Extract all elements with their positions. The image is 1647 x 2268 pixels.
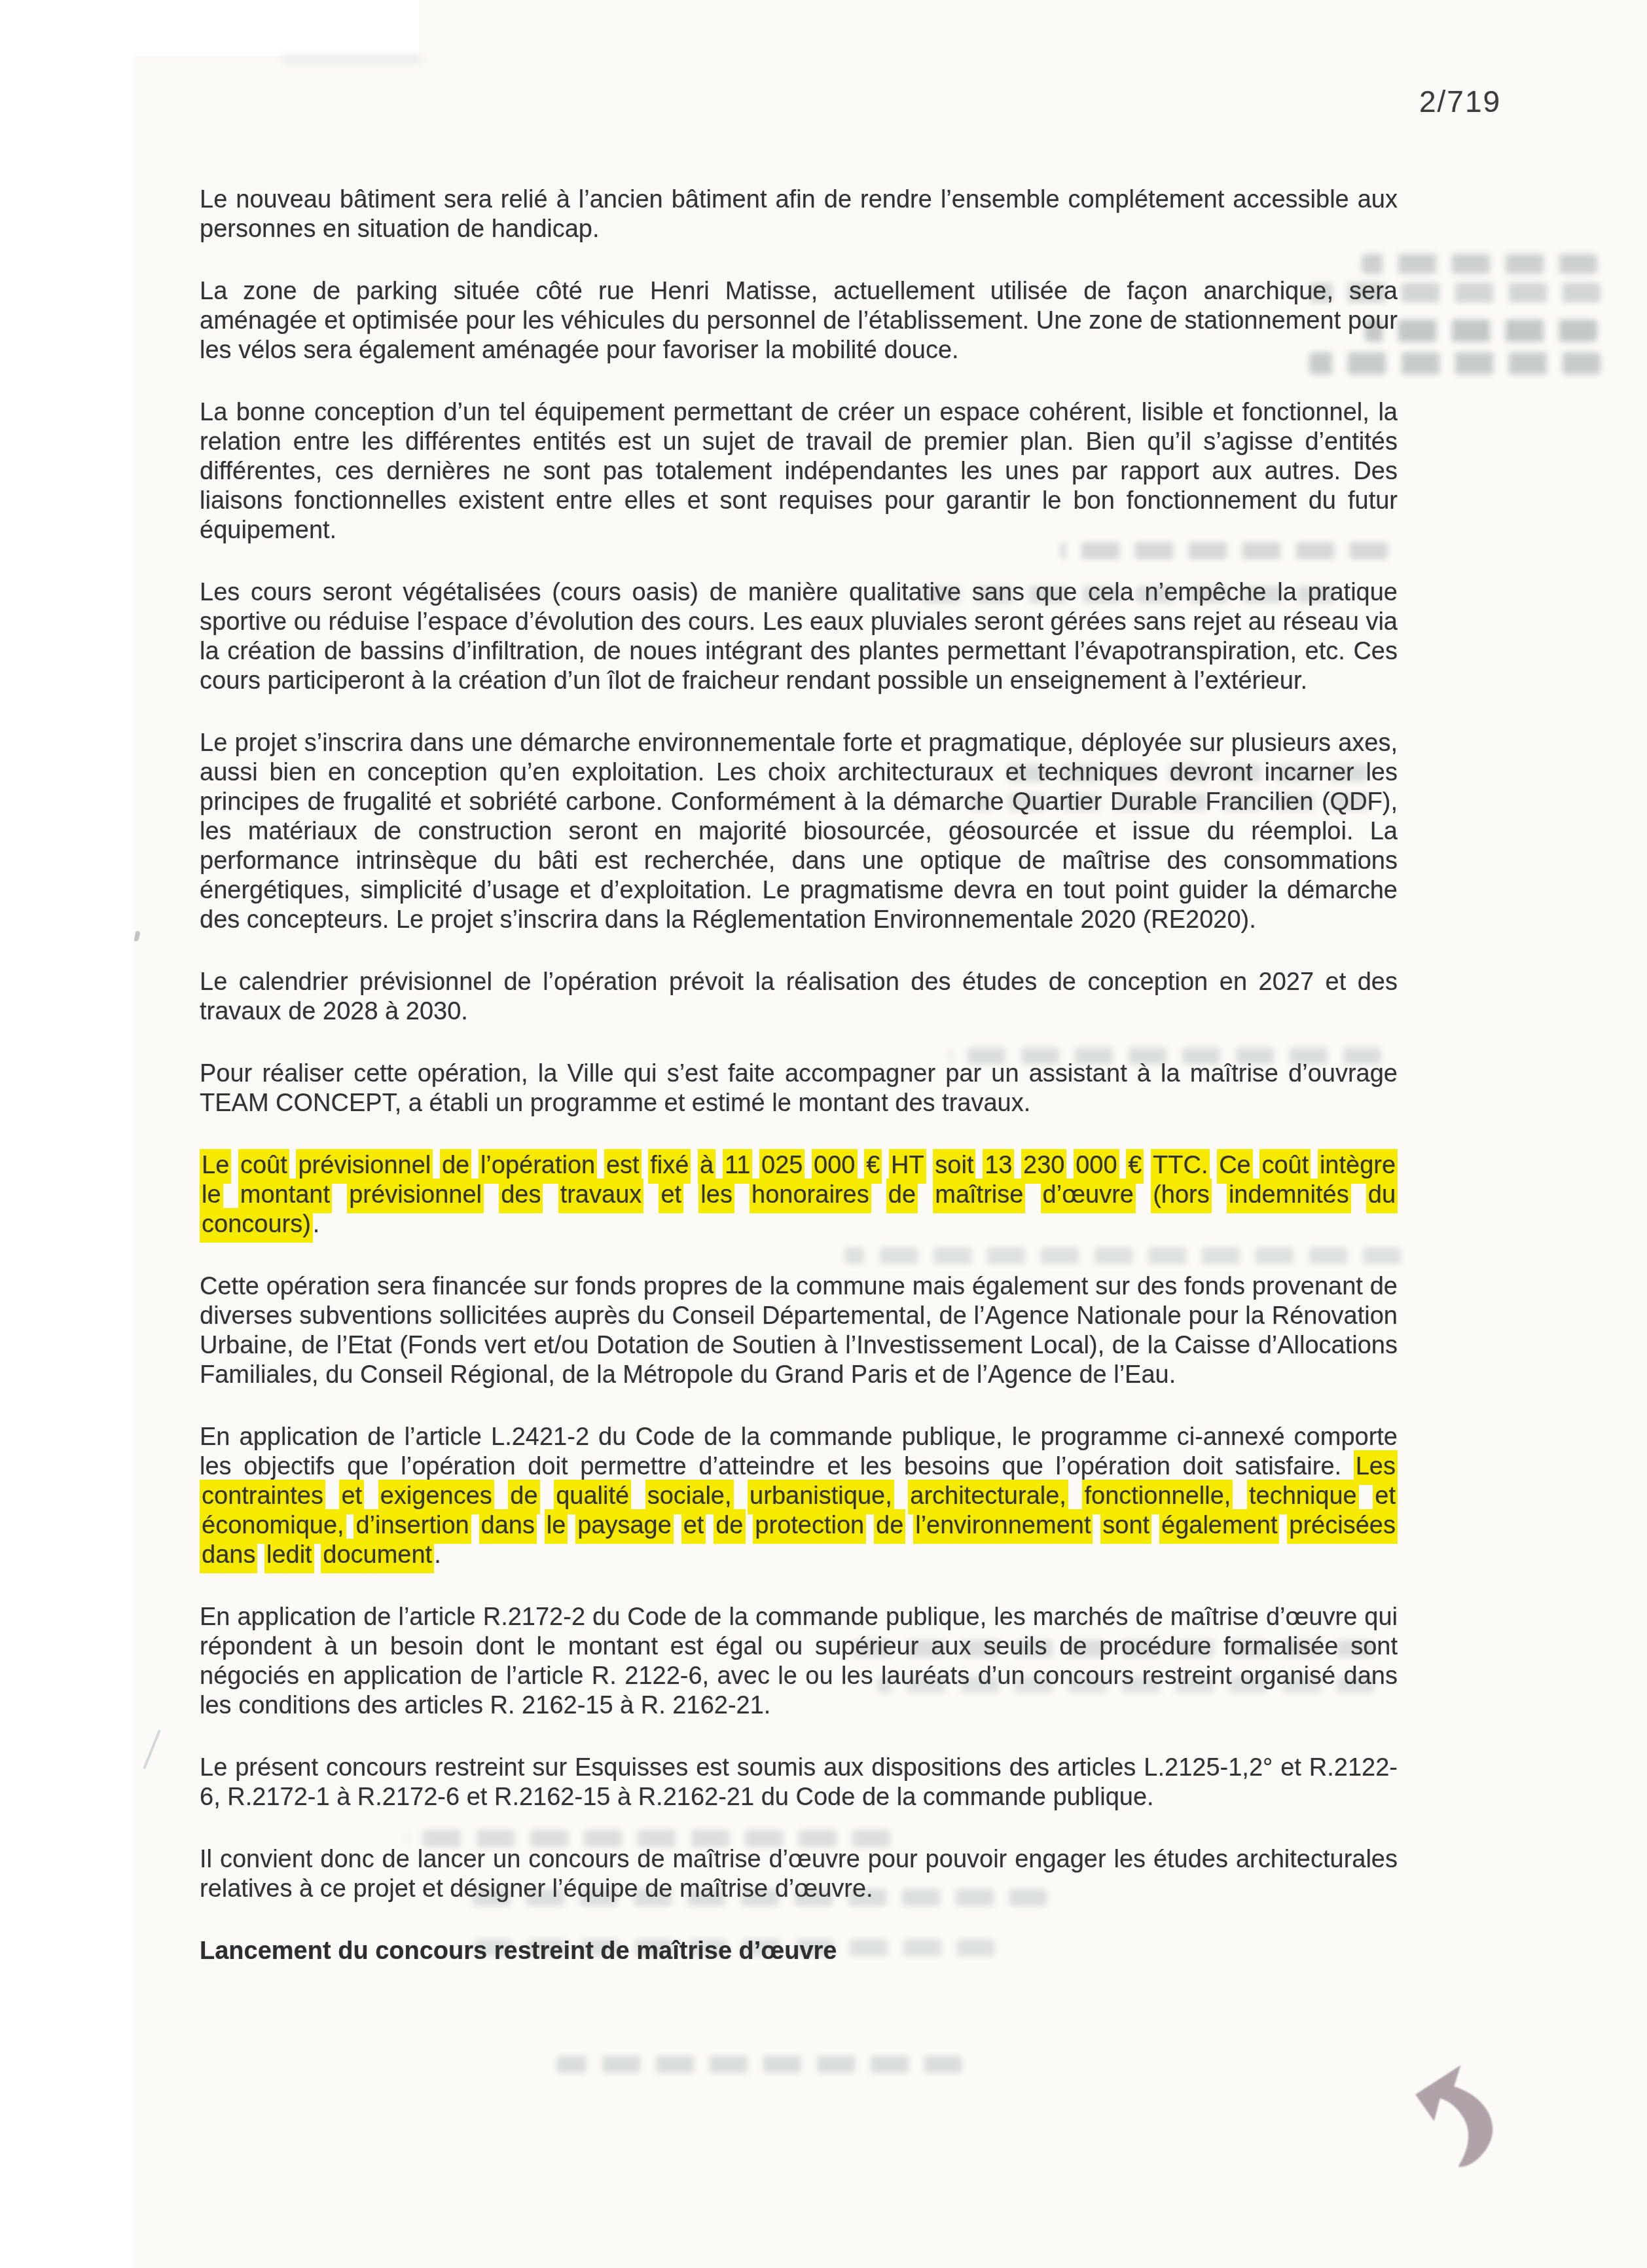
document-content: Le nouveau bâtiment sera relié à l’ancie… <box>200 185 1398 1966</box>
highlighted-word: le <box>545 1509 568 1544</box>
text-segment: En application de l’article L.2421-2 du … <box>200 1423 1398 1480</box>
curved-arrow-mark <box>1411 2060 1515 2170</box>
highlighted-word: de <box>886 1179 918 1213</box>
paragraph: Le présent concours restreint sur Esquis… <box>200 1753 1398 1812</box>
bleed-through-line <box>1365 320 1597 342</box>
document-body: Le nouveau bâtiment sera relié à l’ancie… <box>200 185 1398 1904</box>
highlighted-word: dans <box>479 1509 537 1544</box>
text-segment: . <box>313 1211 320 1238</box>
highlighted-word: paysage <box>575 1509 674 1544</box>
paragraph: Le coût prévisionnel de l’opération est … <box>200 1151 1398 1239</box>
highlighted-word: et <box>681 1509 706 1544</box>
bleed-through-line <box>556 2056 962 2073</box>
text-segment: La bonne conception d’un tel équipement … <box>200 399 1398 544</box>
curved-arrow-icon <box>1411 2060 1515 2170</box>
section-heading: Lancement du concours restreint de maîtr… <box>200 1937 1398 1966</box>
document-page: 2/719 Le nouveau bâtiment sera relié à l… <box>0 0 1647 2268</box>
highlighted-word: dans <box>200 1539 257 1573</box>
highlighted-word: l’environnement <box>913 1509 1093 1544</box>
highlighted-word: et <box>659 1179 683 1213</box>
text-segment: Pour réaliser cette opération, la Ville … <box>200 1060 1398 1117</box>
paragraph: La zone de parking située côté rue Henri… <box>200 277 1398 365</box>
paragraph: Pour réaliser cette opération, la Ville … <box>200 1059 1398 1118</box>
text-segment: En application de l’article R.2172-2 du … <box>200 1603 1398 1719</box>
highlighted-word: concours) <box>200 1208 313 1243</box>
highlighted-word: du <box>1366 1179 1398 1213</box>
highlighted-word: de <box>874 1509 905 1544</box>
highlighted-word: de <box>714 1509 745 1544</box>
highlighted-word: d’œuvre <box>1041 1179 1136 1213</box>
highlighted-word: également <box>1159 1509 1279 1544</box>
paragraph: Le nouveau bâtiment sera relié à l’ancie… <box>200 185 1398 244</box>
text-segment: Le nouveau bâtiment sera relié à l’ancie… <box>200 186 1398 243</box>
highlighted-word: les <box>698 1179 734 1213</box>
highlighted-word: protection <box>753 1509 866 1544</box>
highlighted-word: maîtrise <box>933 1179 1025 1213</box>
highlighted-word: (hors <box>1151 1179 1212 1213</box>
text-segment: Les cours seront végétalisées (cours oas… <box>200 579 1398 695</box>
highlighted-word: précisées <box>1287 1509 1398 1544</box>
highlighted-word: des <box>499 1179 543 1213</box>
highlighted-word: indemnités <box>1227 1179 1351 1213</box>
paragraph: En application de l’article L.2421-2 du … <box>200 1423 1398 1570</box>
text-segment: Cette opération sera financée sur fonds … <box>200 1273 1398 1389</box>
paragraph: Cette opération sera financée sur fonds … <box>200 1272 1398 1390</box>
text-segment: Le projet s’inscrira dans une démarche e… <box>200 729 1398 934</box>
text-segment: . <box>434 1541 441 1569</box>
paragraph: La bonne conception d’un tel équipement … <box>200 398 1398 545</box>
paragraph: Le calendrier prévisionnel de l’opératio… <box>200 968 1398 1027</box>
highlighted-word: ledit <box>264 1539 314 1573</box>
text-segment: Le calendrier prévisionnel de l’opératio… <box>200 968 1398 1025</box>
paragraph: En application de l’article R.2172-2 du … <box>200 1603 1398 1721</box>
paragraph: Le projet s’inscrira dans une démarche e… <box>200 729 1398 935</box>
paragraph: Les cours seront végétalisées (cours oas… <box>200 578 1398 696</box>
text-segment: Le présent concours restreint sur Esquis… <box>200 1754 1398 1811</box>
highlighted-word: document <box>321 1539 434 1573</box>
highlighted-word: travaux <box>558 1179 644 1213</box>
highlighted-word: prévisionnel <box>347 1179 484 1213</box>
text-segment: Il convient donc de lancer un concours d… <box>200 1846 1398 1903</box>
text-segment: La zone de parking située côté rue Henri… <box>200 278 1398 364</box>
highlighted-word: sont <box>1100 1509 1151 1544</box>
paragraph: Il convient donc de lancer un concours d… <box>200 1845 1398 1904</box>
highlighted-word: honoraires <box>750 1179 871 1213</box>
